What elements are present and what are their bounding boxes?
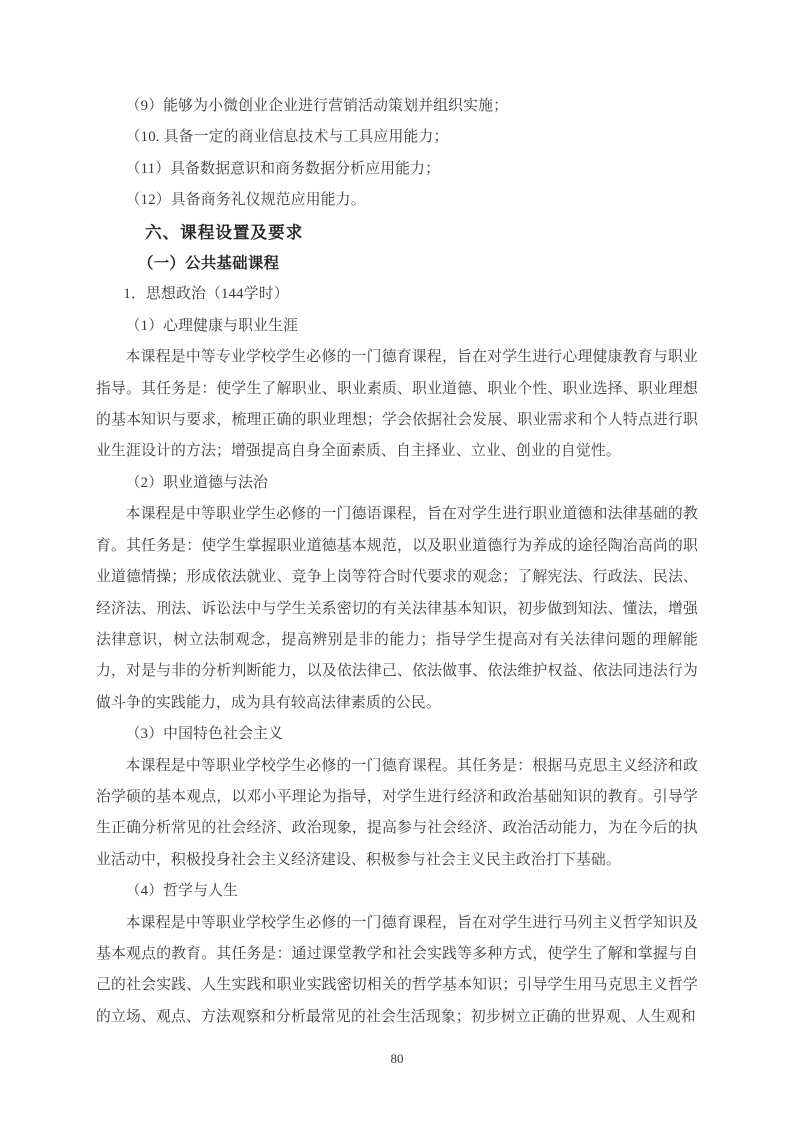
list-item-9: （9）能够为小微创业企业进行营销活动策划并组织实施； [96,91,698,122]
section-heading: （一）公共基础课程 [96,248,698,279]
subsection-title-3: （3）中国特色社会主义 [96,719,698,750]
list-item-11: （11）具备数据意识和商务数据分析应用能力； [96,154,698,185]
course-title: 1．思想政治（144学时） [96,279,698,310]
subsection-title-4: （4）哲学与人生 [96,876,698,907]
subsection-title-2: （2）职业道德与法治 [96,468,698,499]
page-number: 80 [0,1049,794,1069]
list-item-12: （12）具备商务礼仪规范应用能力。 [96,185,698,216]
list-item-10: （10. 具备一定的商业信息技术与工具应用能力； [96,122,698,153]
document-page: （9）能够为小微创业企业进行营销活动策划并组织实施； （10. 具备一定的商业信… [0,0,794,1123]
page-content: （9）能够为小微创业企业进行营销活动策划并组织实施； （10. 具备一定的商业信… [96,91,698,1033]
chapter-heading: 六、课程设置及要求 [96,217,698,248]
subsection-title-1: （1）心理健康与职业生涯 [96,311,698,342]
subsection-body-4: 本课程是中等职业学校学生必修的一门德育课程，旨在对学生进行马列主义哲学知识及基本… [96,908,698,1034]
subsection-body-1: 本课程是中等专业学校学生必修的一门德育课程，旨在对学生进行心理健康教育与职业指导… [96,342,698,468]
subsection-body-3: 本课程是中等职业学校学生必修的一门德育课程。其任务是：根据马克思主义经济和政治学… [96,751,698,877]
subsection-body-2: 本课程是中等职业学生必修的一门德语课程，旨在对学生进行职业道德和法律基础的教育。… [96,499,698,719]
